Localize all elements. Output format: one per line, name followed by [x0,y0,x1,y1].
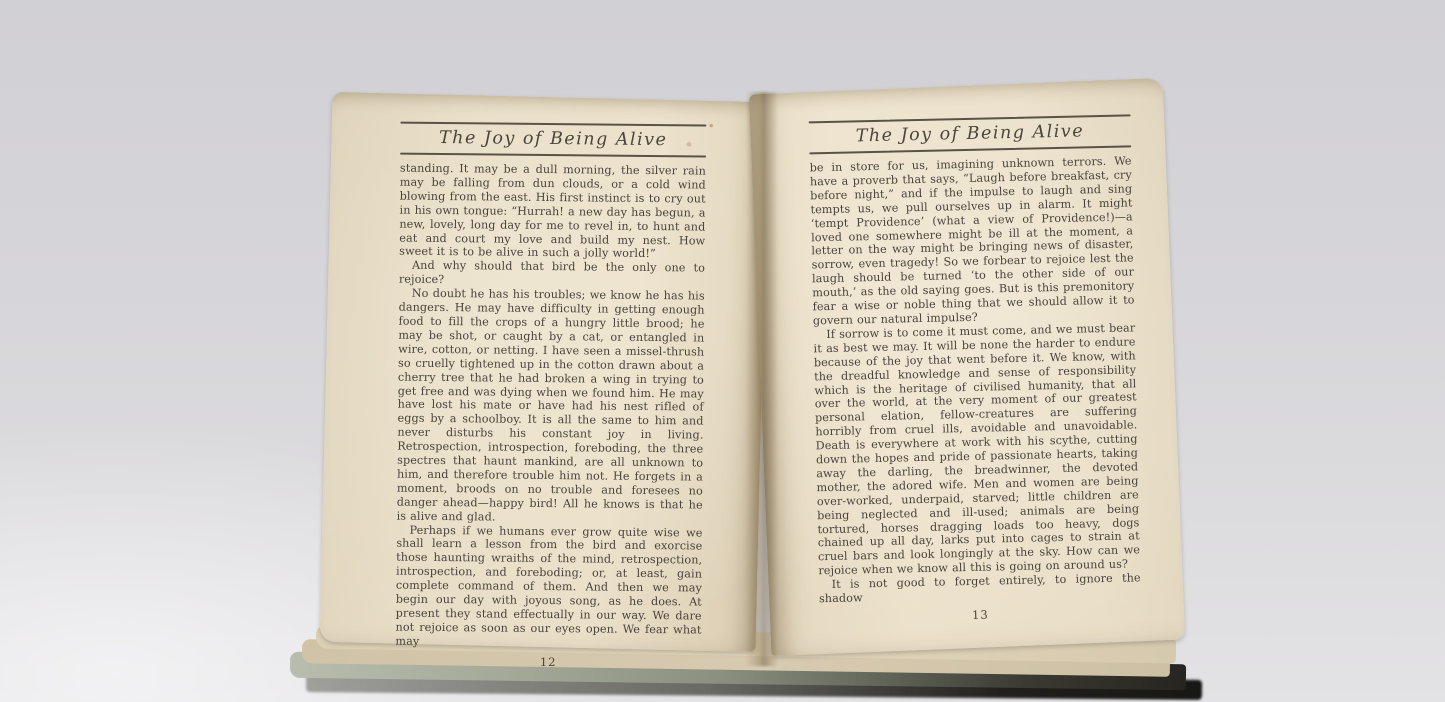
paragraph: And why should that bird be the only one… [399,259,705,290]
paragraph: Perhaps if we humans ever grow quite wis… [395,523,702,651]
paragraph: No doubt he has his troubles; we know he… [397,287,705,526]
paragraph: be in store for us, imagining unknown te… [809,154,1135,328]
book-page-left: The Joy of Being Alive standing. It may … [320,92,769,652]
page-right-content: The Joy of Being Alive be in store for u… [754,82,1180,653]
running-head-title: The Joy of Being Alive [400,124,706,156]
paragraph: standing. It may be a dull morning, the … [399,162,706,262]
paragraph: If sorrow is to come it must come, and w… [813,321,1140,578]
page-text: be in store for us, imagining unknown te… [809,154,1141,606]
page-number: 12 [395,653,701,670]
photo-backdrop: The Joy of Being Alive standing. It may … [0,0,1445,702]
running-head: The Joy of Being Alive [400,122,706,158]
running-head: The Joy of Being Alive [809,114,1132,154]
paragraph: It is not good to forget entirely, to ig… [819,571,1142,606]
open-book: The Joy of Being Alive standing. It may … [276,80,1196,694]
page-left-content: The Joy of Being Alive standing. It may … [323,95,764,649]
book-gutter [746,92,778,666]
book-page-right: The Joy of Being Alive be in store for u… [749,78,1185,656]
page-text: standing. It may be a dull morning, the … [395,162,706,652]
page-number: 13 [819,604,1141,625]
